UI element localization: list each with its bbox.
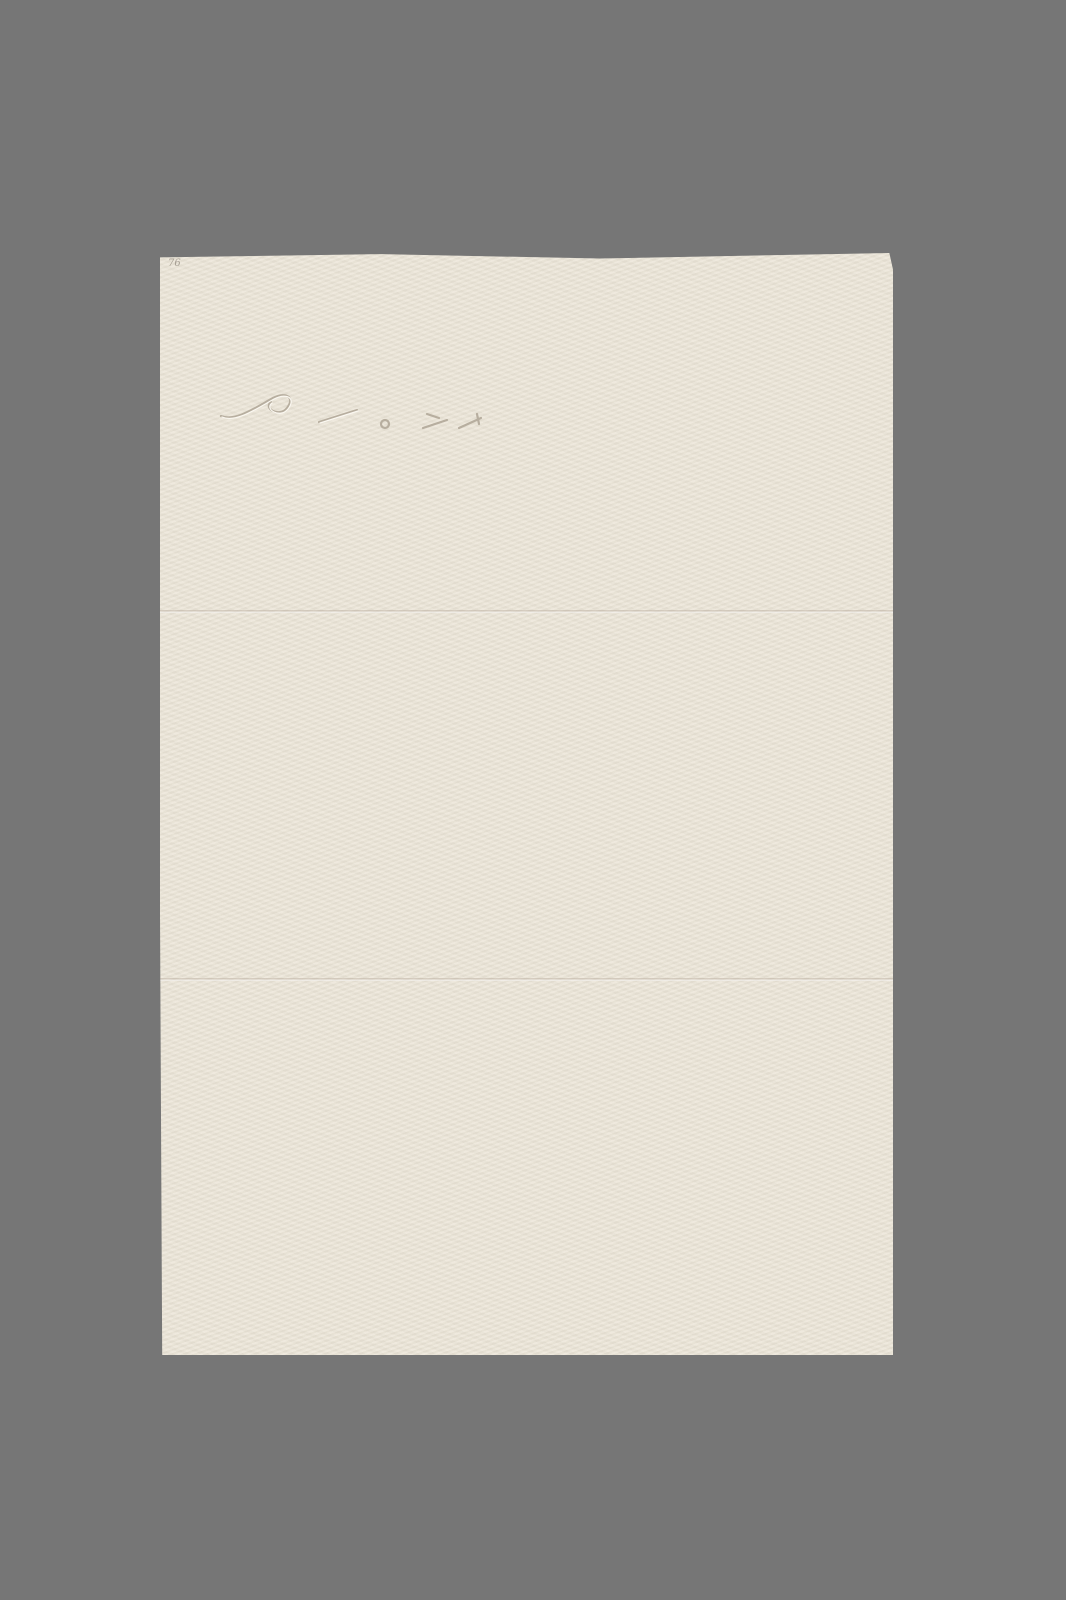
edition-mark: 76 bbox=[168, 258, 181, 269]
embossed-signature bbox=[215, 378, 485, 433]
paper-sheet: 76 bbox=[160, 253, 893, 1355]
fold-line-lower bbox=[160, 978, 893, 981]
fold-line-upper bbox=[160, 610, 893, 613]
